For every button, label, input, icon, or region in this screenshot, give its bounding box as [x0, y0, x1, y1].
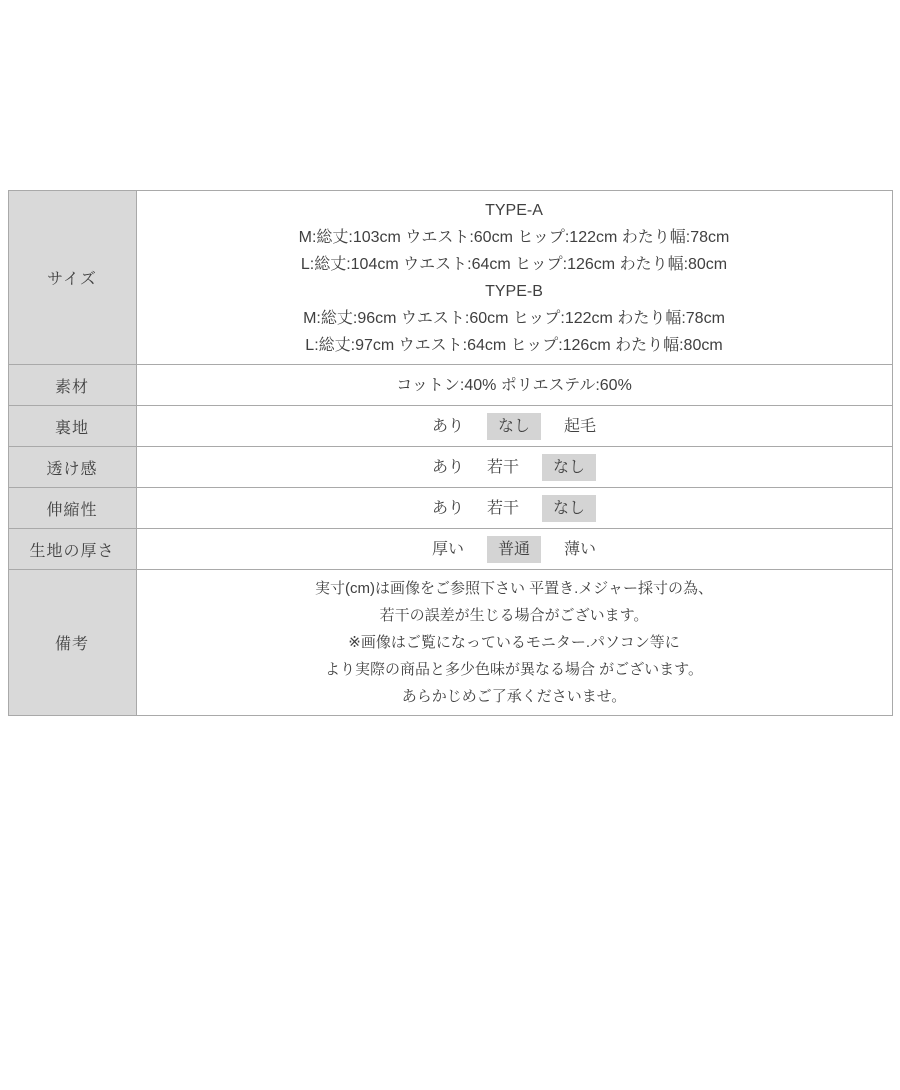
thickness-option: 厚い [432, 537, 464, 562]
notes-line: ※画像はご覧になっているモニター.パソコン等に [138, 629, 891, 656]
size-type-a-l: L:総丈:104cm ウエスト:64cm ヒップ:126cm わたり幅:80cm [138, 251, 891, 278]
row-label-size: サイズ [8, 191, 136, 365]
sheerness-option: 若干 [487, 455, 519, 480]
size-type-a-m: M:総丈:103cm ウエスト:60cm ヒップ:122cm わたり幅:78cm [138, 224, 891, 251]
stretch-option: なし [542, 495, 596, 522]
stretch-option: 若干 [487, 496, 519, 521]
notes-line: 実寸(cm)は画像をご参照下さい 平置き.メジャー採寸の為、 [138, 575, 891, 602]
notes-text: 実寸(cm)は画像をご参照下さい 平置き.メジャー採寸の為、 若干の誤差が生じる… [136, 570, 892, 716]
row-label-material: 素材 [8, 365, 136, 406]
notes-line: 若干の誤差が生じる場合がございます。 [138, 602, 891, 629]
notes-line: あらかじめご了承くださいませ。 [138, 683, 891, 710]
notes-line: より実際の商品と多少色味が異なる場合 がございます。 [138, 656, 891, 683]
row-label-thickness: 生地の厚さ [8, 529, 136, 570]
spec-row-stretch: 伸縮性 あり 若干 なし [8, 488, 892, 529]
material-value: コットン:40% ポリエステル:60% [136, 365, 892, 406]
stretch-option: あり [432, 496, 464, 521]
spec-row-thickness: 生地の厚さ 厚い 普通 薄い [8, 529, 892, 570]
spec-row-material: 素材 コットン:40% ポリエステル:60% [8, 365, 892, 406]
spec-row-sheerness: 透け感 あり 若干 なし [8, 447, 892, 488]
thickness-options: 厚い 普通 薄い [138, 536, 891, 563]
size-type-b-m: M:総丈:96cm ウエスト:60cm ヒップ:122cm わたり幅:78cm [138, 305, 891, 332]
lining-option: あり [432, 414, 464, 439]
size-details: TYPE-A M:総丈:103cm ウエスト:60cm ヒップ:122cm わた… [136, 191, 892, 365]
lining-option: 起毛 [564, 414, 596, 439]
spec-row-size: サイズ TYPE-A M:総丈:103cm ウエスト:60cm ヒップ:122c… [8, 191, 892, 365]
sheerness-options: あり 若干 なし [138, 454, 891, 481]
row-label-stretch: 伸縮性 [8, 488, 136, 529]
spec-row-lining: 裏地 あり なし 起毛 [8, 406, 892, 447]
lining-option: なし [487, 413, 541, 440]
sheerness-option: あり [432, 455, 464, 480]
row-label-lining: 裏地 [8, 406, 136, 447]
size-type-b-heading: TYPE-B [138, 278, 891, 305]
product-spec-table: サイズ TYPE-A M:総丈:103cm ウエスト:60cm ヒップ:122c… [8, 190, 893, 716]
thickness-option: 普通 [487, 536, 541, 563]
thickness-option: 薄い [564, 537, 596, 562]
lining-options: あり なし 起毛 [138, 413, 891, 440]
stretch-options: あり 若干 なし [138, 495, 891, 522]
size-type-a-heading: TYPE-A [138, 197, 891, 224]
sheerness-option: なし [542, 454, 596, 481]
spec-row-notes: 備考 実寸(cm)は画像をご参照下さい 平置き.メジャー採寸の為、 若干の誤差が… [8, 570, 892, 716]
row-label-sheerness: 透け感 [8, 447, 136, 488]
size-type-b-l: L:総丈:97cm ウエスト:64cm ヒップ:126cm わたり幅:80cm [138, 332, 891, 359]
row-label-notes: 備考 [8, 570, 136, 716]
